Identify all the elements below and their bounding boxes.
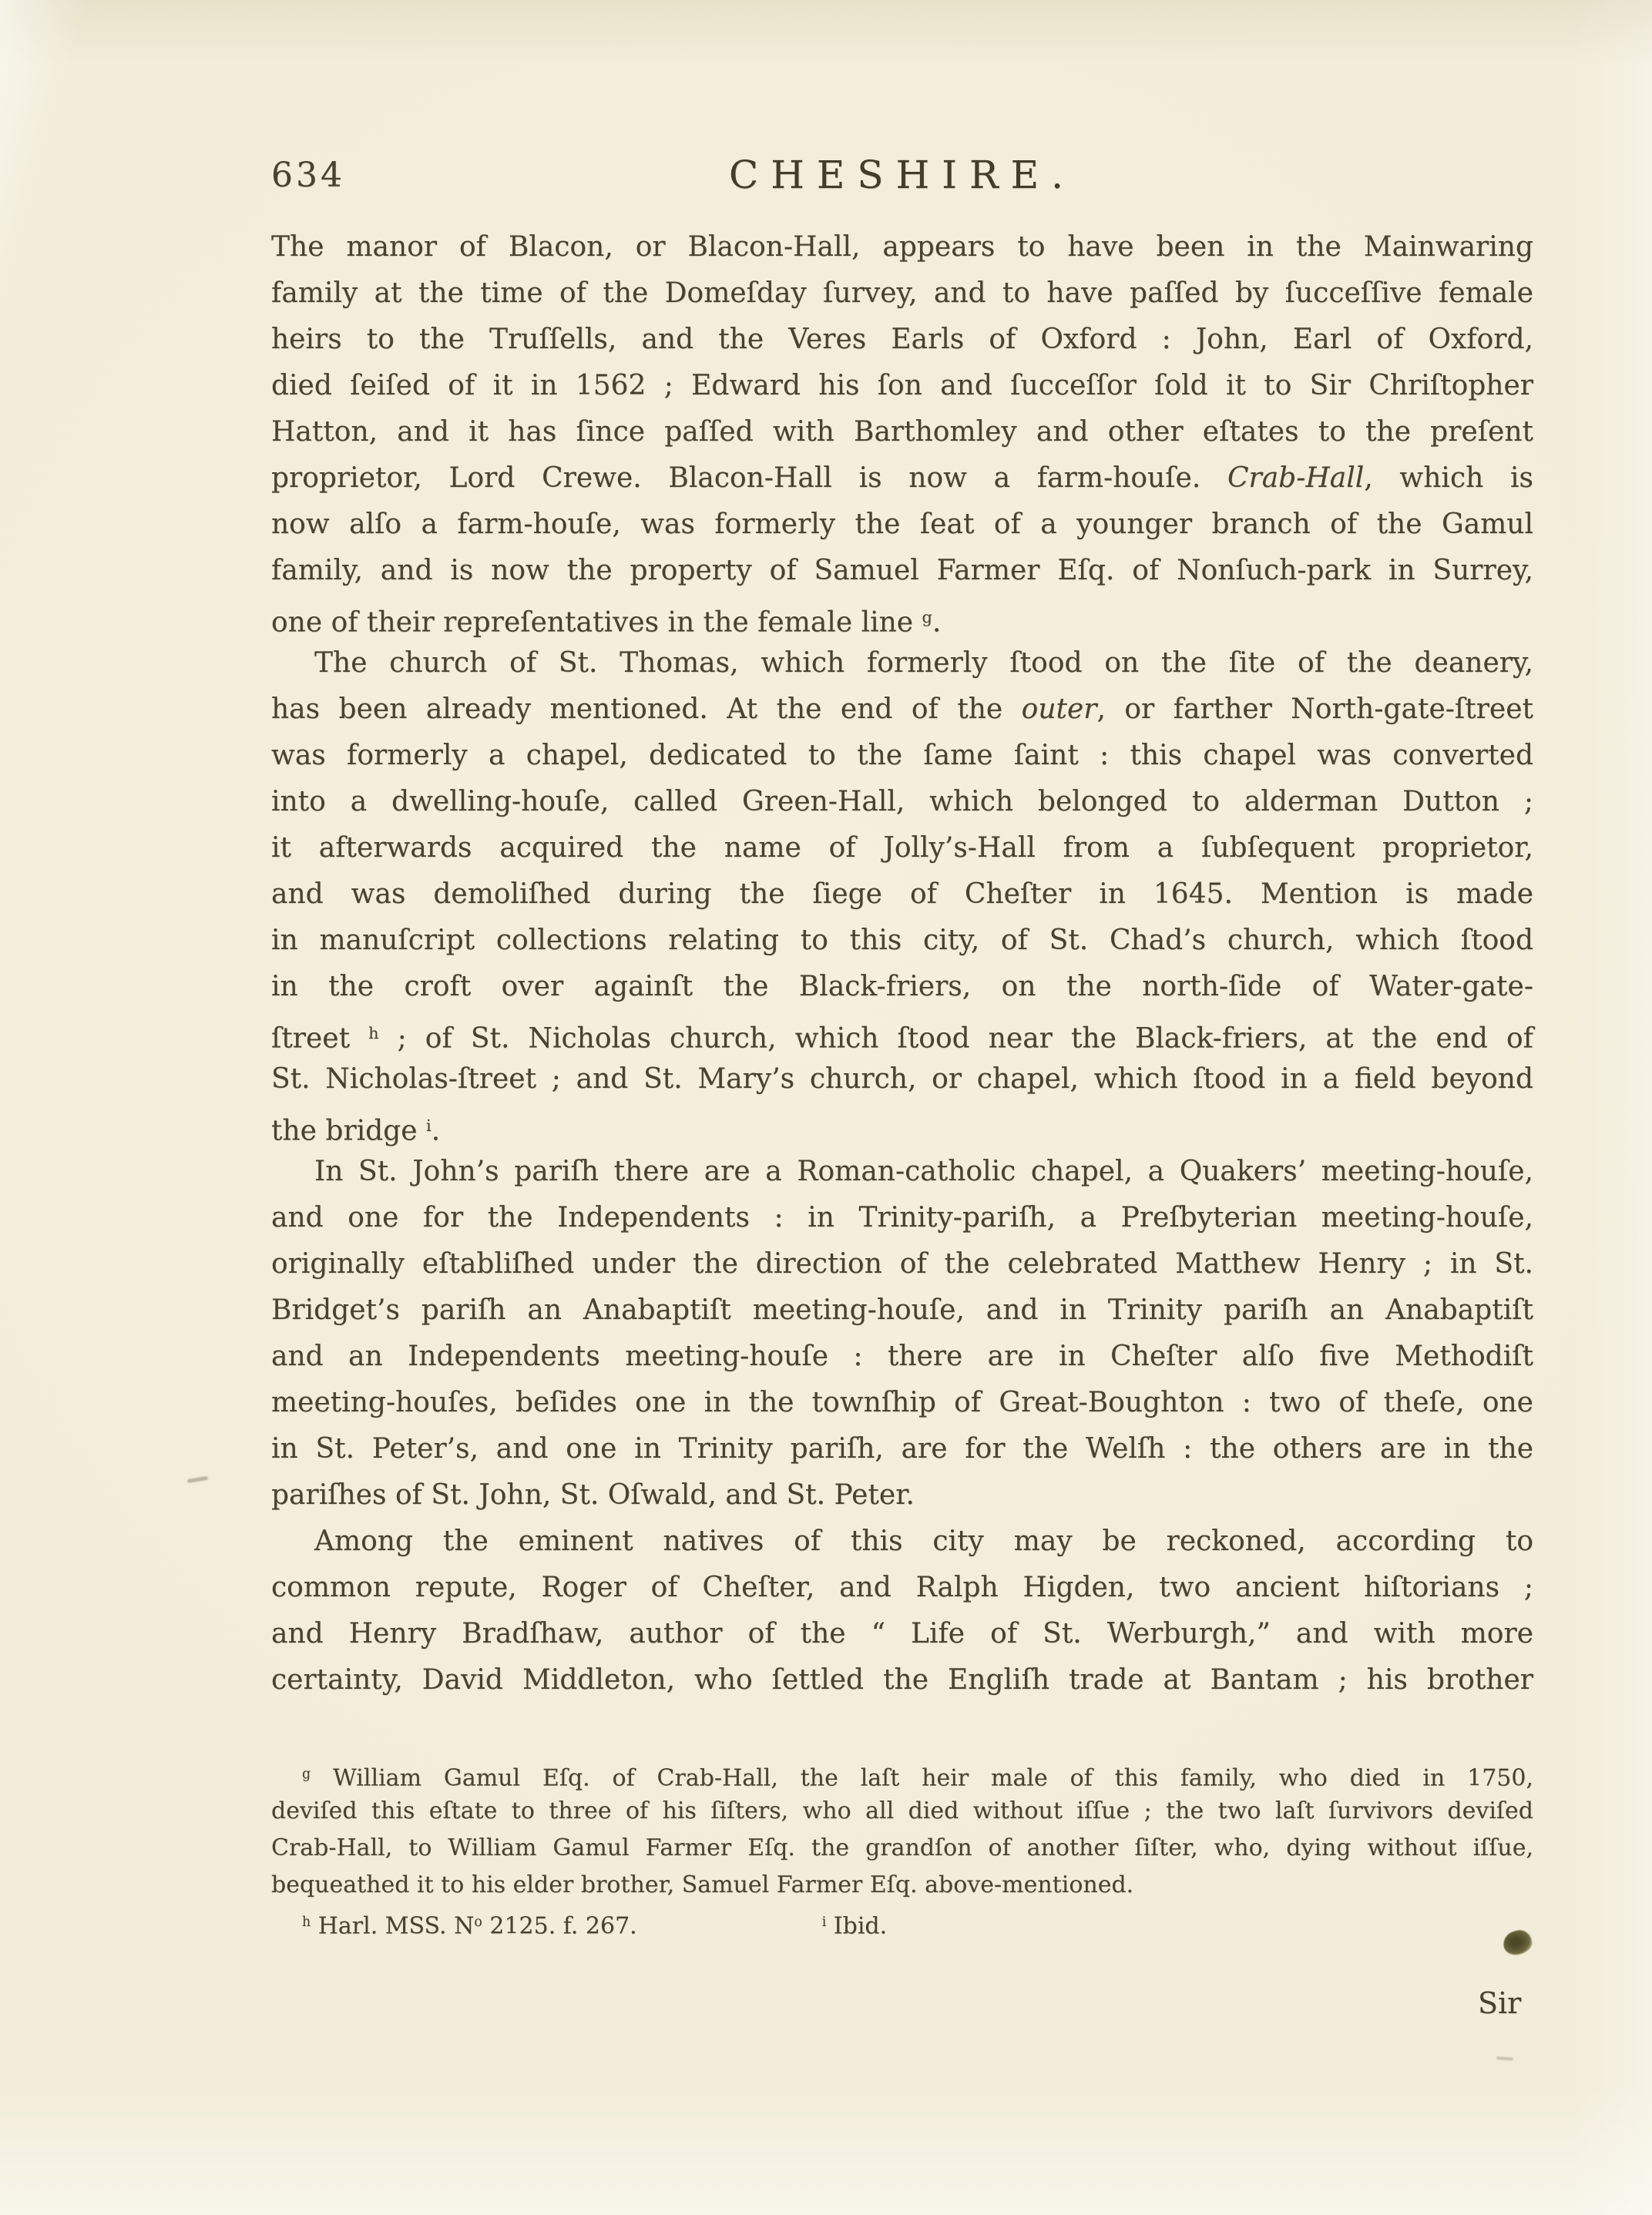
- text-segment: Harl. MSS. N: [311, 1913, 474, 1940]
- text-segment: Bridget’s pariſh an Anabaptiſt meeting-h…: [271, 1294, 1533, 1326]
- text-line: The manor of Blacon, or Blacon-Hall, app…: [271, 224, 1533, 270]
- text-segment: and one for the Independents : in Trinit…: [271, 1202, 1533, 1233]
- text-line: heirs to the Truſſells, and the Veres Ea…: [271, 317, 1533, 363]
- text-segment: certainty, David Middleton, who ſettled …: [271, 1664, 1533, 1696]
- text-line: certainty, David Middleton, who ſettled …: [271, 1657, 1533, 1703]
- text-segment: heirs to the Truſſells, and the Veres Ea…: [271, 324, 1533, 355]
- text-line: originally eſtabliſhed under the directi…: [271, 1241, 1533, 1287]
- text-line: and was demoliſhed during the ſiege of C…: [271, 871, 1533, 918]
- text-segment: Hatton, and it has ſince paſſed with Bar…: [271, 416, 1533, 448]
- text-segment: Crab-Hall, to William Gamul Farmer Eſq. …: [271, 1834, 1533, 1861]
- text-line: The church of St. Thomas, which formerly…: [271, 640, 1533, 686]
- text-line: bequeathed it to his elder brother, Samu…: [271, 1867, 1533, 1904]
- text-line: it afterwards acquired the name of Jolly…: [271, 825, 1533, 871]
- text-segment: and Henry Bradſhaw, author of the “ Life…: [271, 1618, 1533, 1650]
- text-line: in manuſcript collections relating to th…: [271, 918, 1533, 964]
- text-line: g William Gamul Eſq. of Crab-Hall, the l…: [271, 1756, 1533, 1793]
- text-line: pariſhes of St. John, St. Oſwald, and St…: [271, 1472, 1533, 1519]
- footnote-marker: i: [426, 1116, 431, 1135]
- text-segment: family, and is now the property of Samue…: [271, 555, 1533, 586]
- text-segment: died ſeiſed of it in 1562 ; Edward his ſ…: [271, 370, 1533, 401]
- text-line: family at the time of the Domeſday ſurve…: [271, 270, 1533, 317]
- paper-scratch: [1496, 2056, 1513, 2061]
- text-segment: .: [431, 1115, 440, 1146]
- margin-smudge: [187, 1476, 208, 1483]
- text-segment: ſtreet: [271, 1022, 368, 1054]
- footnote-marker: g: [922, 608, 932, 626]
- text-line: the bridge i.: [271, 1102, 1533, 1149]
- text-line: common repute, Roger of Cheſter, and Ral…: [271, 1565, 1533, 1611]
- text-segment: one of their repreſentatives in the fema…: [271, 606, 922, 638]
- text-line: in the croft over againſt the Black-frie…: [271, 964, 1533, 1010]
- footnotes: g William Gamul Eſq. of Crab-Hall, the l…: [271, 1756, 1533, 1941]
- running-title: CHESHIRE.: [271, 155, 1533, 195]
- text-segment: The church of St. Thomas, which formerly…: [314, 647, 1533, 679]
- text-segment: was formerly a chapel, dedicated to the …: [271, 740, 1533, 771]
- text-segment: in St. Peter’s, and one in Trinity pariſ…: [271, 1433, 1533, 1465]
- text-segment: in manuſcript collections relating to th…: [271, 925, 1533, 956]
- text-line: deviſed this eſtate to three of his ſiſt…: [271, 1793, 1533, 1830]
- text-segment: bequeathed it to his elder brother, Samu…: [271, 1871, 1133, 1898]
- text-line: meeting-houſes, beſides one in the townſ…: [271, 1380, 1533, 1426]
- text-line: h Harl. MSS. No 2125. f. 267.i Ibid.: [271, 1904, 1533, 1941]
- footnote-marker: o: [474, 1915, 482, 1930]
- text-line: proprietor, Lord Crewe. Blacon-Hall is n…: [271, 455, 1533, 502]
- text-segment: into a dwelling-houſe, called Green-Hall…: [271, 786, 1533, 817]
- text-line: in St. Peter’s, and one in Trinity pariſ…: [271, 1426, 1533, 1472]
- body-text: The manor of Blacon, or Blacon-Hall, app…: [271, 224, 1533, 1703]
- text-segment: proprietor, Lord Crewe. Blacon-Hall is n…: [271, 462, 1227, 494]
- text-line: now alſo a farm-houſe, was formerly the …: [271, 502, 1533, 548]
- text-segment: deviſed this eſtate to three of his ſiſt…: [271, 1797, 1533, 1824]
- text-segment: pariſhes of St. John, St. Oſwald, and St…: [271, 1479, 915, 1511]
- text-segment: originally eſtabliſhed under the directi…: [271, 1248, 1533, 1280]
- text-segment: The manor of Blacon, or Blacon-Hall, app…: [271, 231, 1533, 263]
- text-line: one of their repreſentatives in the fema…: [271, 594, 1533, 640]
- text-segment: Crab-Hall: [1227, 462, 1364, 494]
- footnote-marker: h: [368, 1024, 378, 1042]
- text-line: St. Nicholas-ſtreet ; and St. Mary’s chu…: [271, 1056, 1533, 1102]
- text-segment: in the croft over againſt the Black-frie…: [271, 971, 1533, 1002]
- footnote-marker: h: [302, 1915, 311, 1930]
- footnote-marker: g: [302, 1767, 311, 1782]
- text-segment: common repute, Roger of Cheſter, and Ral…: [271, 1572, 1533, 1603]
- text-segment: William Gamul Eſq. of Crab-Hall, the laſ…: [311, 1765, 1533, 1792]
- text-line: Crab-Hall, to William Gamul Farmer Eſq. …: [271, 1830, 1533, 1867]
- text-segment: meeting-houſes, beſides one in the townſ…: [271, 1387, 1533, 1418]
- text-segment: In St. John’s pariſh there are a Roman-c…: [314, 1156, 1533, 1187]
- text-segment: 2125. f. 267.: [482, 1913, 637, 1940]
- text-line: into a dwelling-houſe, called Green-Hall…: [271, 779, 1533, 825]
- text-line: has been already mentioned. At the end o…: [271, 686, 1533, 733]
- text-segment: and was demoliſhed during the ſiege of C…: [271, 878, 1533, 910]
- text-line: and Henry Bradſhaw, author of the “ Life…: [271, 1611, 1533, 1657]
- text-segment: ; of St. Nicholas church, which ſtood ne…: [379, 1022, 1533, 1054]
- text-segment: the bridge: [271, 1115, 426, 1146]
- text-line: and an Independents meeting-houſe : ther…: [271, 1334, 1533, 1380]
- text-line: died ſeiſed of it in 1562 ; Edward his ſ…: [271, 363, 1533, 409]
- catchword: Sir: [1478, 1988, 1521, 2019]
- text-line: Bridget’s pariſh an Anabaptiſt meeting-h…: [271, 1287, 1533, 1334]
- text-line: and one for the Independents : in Trinit…: [271, 1195, 1533, 1241]
- text-line: In St. John’s pariſh there are a Roman-c…: [271, 1149, 1533, 1195]
- text-segment: .: [932, 606, 941, 638]
- text-line: was formerly a chapel, dedicated to the …: [271, 733, 1533, 779]
- text-segment: now alſo a farm-houſe, was formerly the …: [271, 508, 1533, 540]
- text-segment: family at the time of the Domeſday ſurve…: [271, 277, 1533, 309]
- text-line: Among the eminent natives of this city m…: [271, 1519, 1533, 1565]
- text-segment: outer: [1022, 693, 1097, 725]
- text-segment: Ibid.: [826, 1913, 887, 1940]
- text-line: family, and is now the property of Samue…: [271, 548, 1533, 594]
- text-segment: Among the eminent natives of this city m…: [314, 1525, 1533, 1557]
- text-segment: it afterwards acquired the name of Jolly…: [271, 832, 1533, 864]
- text-segment: , which is: [1364, 462, 1533, 494]
- text-segment: has been already mentioned. At the end o…: [271, 693, 1022, 725]
- text-line: ſtreet h ; of St. Nicholas church, which…: [271, 1010, 1533, 1056]
- text-segment: and an Independents meeting-houſe : ther…: [271, 1341, 1533, 1372]
- book-page: 634 CHESHIRE. The manor of Blacon, or Bl…: [0, 0, 1652, 2215]
- text-segment: , or farther North-gate-ſtreet: [1097, 693, 1533, 725]
- text-segment: St. Nicholas-ſtreet ; and St. Mary’s chu…: [271, 1063, 1533, 1095]
- text-line: Hatton, and it has ſince paſſed with Bar…: [271, 409, 1533, 455]
